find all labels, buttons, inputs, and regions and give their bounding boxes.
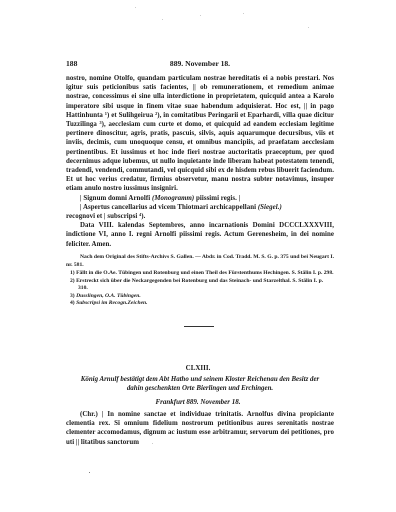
footnote-marker: 4) [70,300,75,306]
footnote-marker: 2) [70,278,75,284]
scan-speck [152,443,153,444]
seal-mark: (Siegel.) [258,204,282,211]
charter-body: nostro, nomine Otolfo, quandam particula… [66,74,334,249]
signum-line: | Signum domni Arnolfi (Monogramm) piiss… [66,194,334,203]
monogram-mark: (Monogramm) [152,195,194,202]
scan-speck [243,13,244,14]
charter-opening: (Chr.) | In nomine sanctae et individuae… [66,410,334,447]
next-charter-body: (Chr.) | In nomine sanctae et individuae… [66,410,334,447]
footnote-text: Fällt in die O.Ae. Tübingen und Rotenbur… [76,270,333,276]
document-page: 188 889. November 18. nostro, nomine Oto… [0,0,396,512]
charter-paragraph: nostro, nomine Otolfo, quandam particula… [66,74,334,194]
footnote-text: Subscripsi im Recogn.Zeichen. [76,300,147,306]
recognition-line-end: recognovi et | subscripsi ⁴). [66,212,334,221]
page-header: 188 889. November 18. [66,59,334,69]
charter-regest: König Arnulf bestätigt dem Abt Hatho und… [72,375,328,394]
signum-text: | Signum domni Arnolfi [80,195,152,202]
scan-speck [162,19,163,20]
chronicle-label: (Chr.) [80,411,98,418]
scan-speck [89,472,90,473]
section-divider [184,326,214,327]
scan-speck [200,15,201,16]
running-title: 889. November 18. [66,59,334,68]
footnote-marker: 1) [70,270,75,276]
dating-clause: Data VIII. kalendas Septembres, anno inc… [66,221,334,249]
charter-number: CLXIII. [0,364,396,372]
charter-place-date: Frankfurt 889. November 18. [0,398,396,406]
recognition-line: | Aspertus cancellarius ad vicem Thiotma… [66,203,334,212]
footnote-4: 4) Subscripsi im Recogn.Zeichen. [70,300,334,308]
source-note: Nach dem Original des Stifts-Archivs S. … [66,253,334,269]
footnote-1: 1) Fällt in die O.Ae. Tübingen und Roten… [70,270,334,278]
footnote-text: Dusslingen, O.A. Tübingen. [76,293,141,299]
footnote-text: Erstreckt sich über die Neckargegenden b… [76,278,323,292]
opening-text: | In nomine sanctae et individuae trinit… [66,411,334,446]
footnote-marker: 3) [70,293,75,299]
scan-speck [135,7,136,8]
recognition-text: | Aspertus cancellarius ad vicem Thiotma… [80,204,258,211]
scan-speck [308,27,309,28]
footnote-2: 2) Erstreckt sich über die Neckargegende… [70,278,334,293]
signum-text-end: piissimi regis. | [194,195,240,202]
footnotes: 1) Fällt in die O.Ae. Tübingen und Roten… [70,270,334,308]
